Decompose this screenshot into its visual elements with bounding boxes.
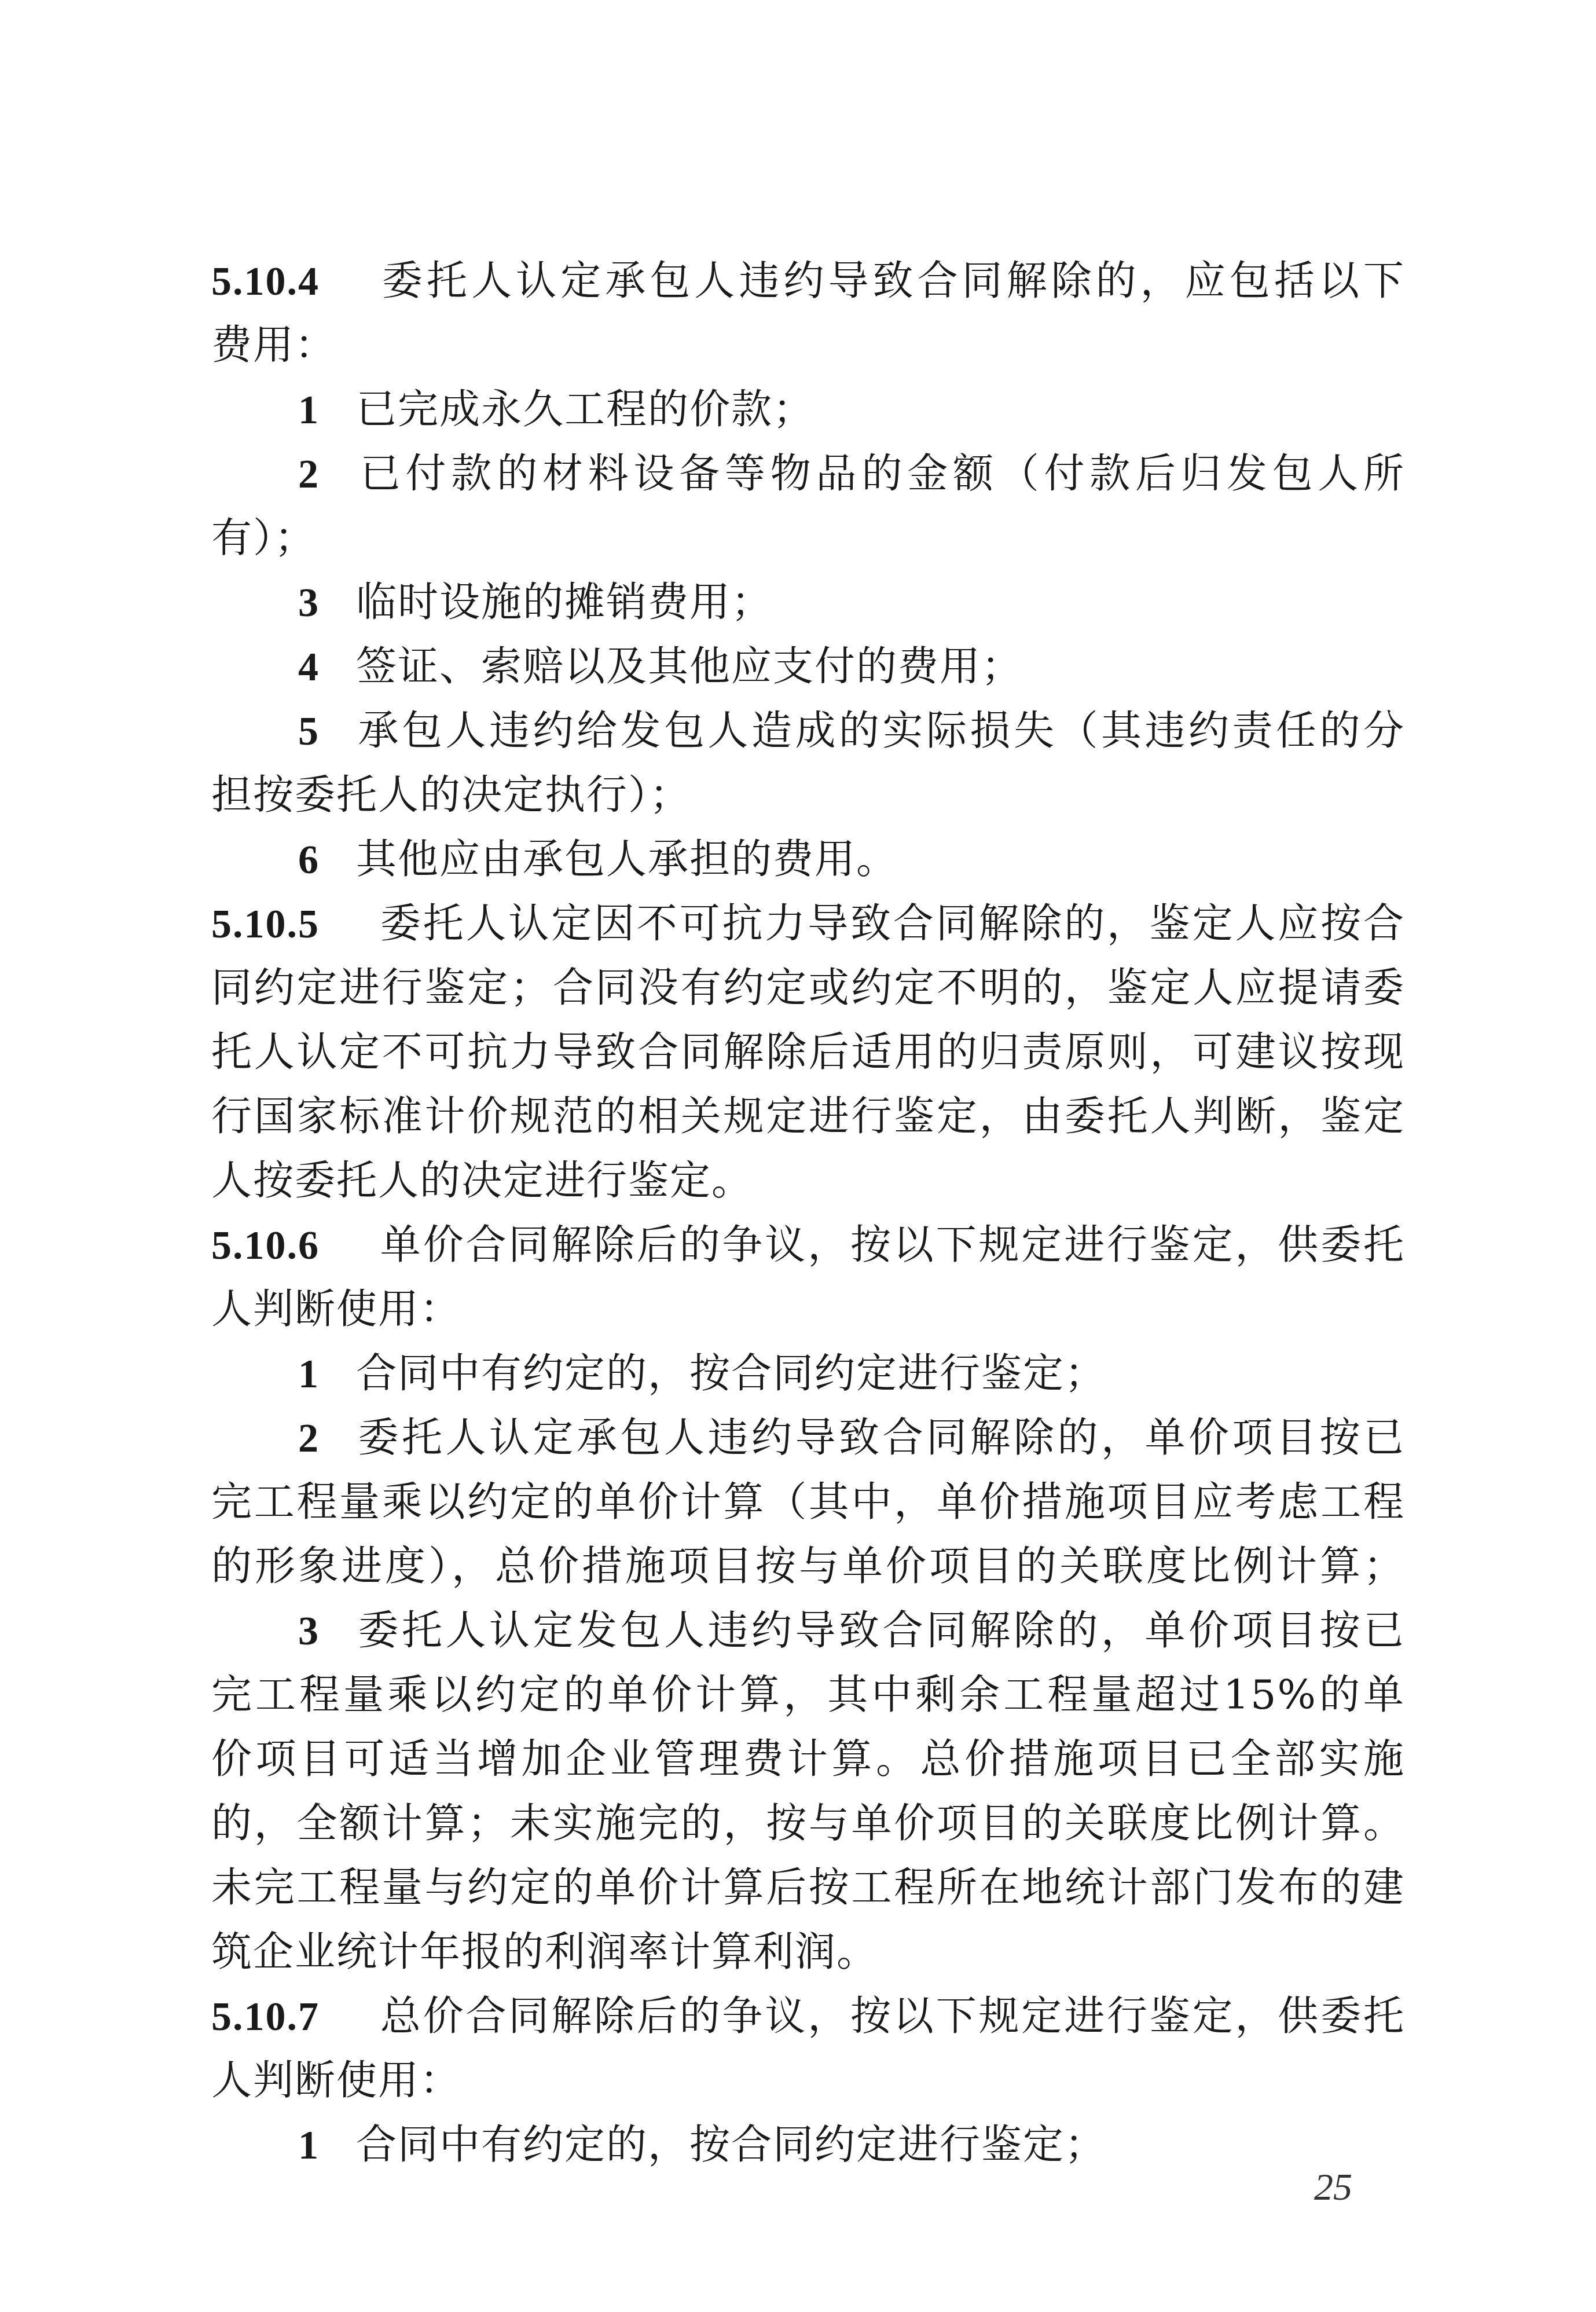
clause-number: 5.10.5 [211, 892, 379, 957]
clause-number: 5.10.4 [211, 250, 379, 314]
list-item: 5承包人违约给发包人造成的实际损失（其违约责任的分 [211, 699, 1405, 763]
item-text: 合同中有约定的，按合同约定进行鉴定； [356, 2121, 1106, 2168]
item-number: 2 [298, 442, 356, 507]
item-number: 6 [298, 828, 356, 892]
clause-text: 总价合同解除后的争议，按以下规定进行鉴定，供委托 [379, 1992, 1405, 2040]
item-text-line: 担按委托人的决定执行）； [211, 763, 1405, 827]
clause-heading: 5.10.7总价合同解除后的争议，按以下规定进行鉴定，供委托 [211, 1984, 1405, 2049]
item-number: 2 [298, 1406, 356, 1471]
item-text: 临时设施的摊销费用； [356, 578, 773, 626]
item-text-line: 的，全额计算；未实施完的，按与单价项目的关联度比例计算。 [211, 1791, 1405, 1856]
item-number: 1 [298, 1342, 356, 1406]
clause-text-line: 人判断使用： [211, 1277, 1405, 1342]
clause-text-line: 行国家标准计价规范的相关规定进行鉴定，由委托人判断，鉴定 [211, 1084, 1405, 1149]
clause-text: 单价合同解除后的争议，按以下规定进行鉴定，供委托 [379, 1221, 1405, 1269]
item-text-line: 的形象进度），总价措施项目按与单价项目的关联度比例计算； [211, 1534, 1405, 1599]
list-item: 6其他应由承包人承担的费用。 [211, 827, 1405, 892]
item-text: 委托人认定发包人违约导致合同解除的，单价项目按已 [356, 1607, 1405, 1654]
item-number: 1 [298, 378, 356, 442]
clause-text-line: 托人认定不可抗力导致合同解除后适用的归责原则，可建议按现 [211, 1020, 1405, 1084]
item-text-line: 未完工程量与约定的单价计算后按工程所在地统计部门发布的建 [211, 1856, 1405, 1920]
list-item: 1合同中有约定的，按合同约定进行鉴定； [211, 2113, 1405, 2177]
list-item: 3委托人认定发包人违约导致合同解除的，单价项目按已 [211, 1599, 1405, 1663]
page-number: 25 [1314, 2166, 1352, 2210]
item-text-line: 价项目可适当增加企业管理费计算。总价措施项目已全部实施 [211, 1727, 1405, 1791]
list-item: 4签证、索赔以及其他应支付的费用； [211, 635, 1405, 699]
item-number: 3 [298, 1599, 356, 1664]
item-text: 委托人认定承包人违约导致合同解除的，单价项目按已 [356, 1414, 1405, 1461]
clause-text: 委托人认定因不可抗力导致合同解除的，鉴定人应按合 [379, 900, 1405, 947]
item-text: 合同中有约定的，按合同约定进行鉴定； [356, 1350, 1106, 1397]
item-text-line: 有）； [211, 506, 1405, 570]
clause-text-line: 人判断使用： [211, 2049, 1405, 2113]
item-number: 4 [298, 635, 356, 699]
item-number: 3 [298, 571, 356, 635]
list-item: 1合同中有约定的，按合同约定进行鉴定； [211, 1342, 1405, 1406]
item-number: 1 [298, 2113, 356, 2178]
list-item: 1已完成永久工程的价款； [211, 378, 1405, 442]
item-number: 5 [298, 699, 356, 764]
item-text-line: 完工程量乘以约定的单价计算，其中剩余工程量超过15%的单 [211, 1663, 1405, 1727]
document-body: 5.10.4委托人认定承包人违约导致合同解除的，应包括以下 费用： 1已完成永久… [211, 249, 1405, 2177]
list-item: 2委托人认定承包人违约导致合同解除的，单价项目按已 [211, 1406, 1405, 1470]
clause-text-line: 人按委托人的决定进行鉴定。 [211, 1149, 1405, 1213]
item-text: 承包人违约给发包人造成的实际损失（其违约责任的分 [356, 707, 1405, 754]
list-item: 2已付款的材料设备等物品的金额（付款后归发包人所 [211, 442, 1405, 506]
clause-heading: 5.10.4委托人认定承包人违约导致合同解除的，应包括以下 [211, 249, 1405, 313]
clause-text-line: 费用： [211, 313, 1405, 378]
clause-heading: 5.10.5委托人认定因不可抗力导致合同解除的，鉴定人应按合 [211, 892, 1405, 956]
clause-heading: 5.10.6单价合同解除后的争议，按以下规定进行鉴定，供委托 [211, 1213, 1405, 1277]
clause-number: 5.10.6 [211, 1214, 379, 1278]
item-text-line: 完工程量乘以约定的单价计算（其中，单价措施项目应考虑工程 [211, 1470, 1405, 1534]
item-text: 其他应由承包人承担的费用。 [356, 836, 898, 883]
clause-text: 委托人认定承包人违约导致合同解除的，应包括以下 [379, 257, 1405, 305]
item-text-line: 筑企业统计年报的利润率计算利润。 [211, 1920, 1405, 1984]
clause-text-line: 同约定进行鉴定；合同没有约定或约定不明的，鉴定人应提请委 [211, 956, 1405, 1020]
item-text: 已完成永久工程的价款； [356, 386, 814, 433]
item-text: 签证、索赔以及其他应支付的费用； [356, 643, 1023, 690]
list-item: 3临时设施的摊销费用； [211, 570, 1405, 635]
clause-number: 5.10.7 [211, 1985, 379, 2049]
item-text: 已付款的材料设备等物品的金额（付款后归发包人所 [356, 450, 1405, 497]
